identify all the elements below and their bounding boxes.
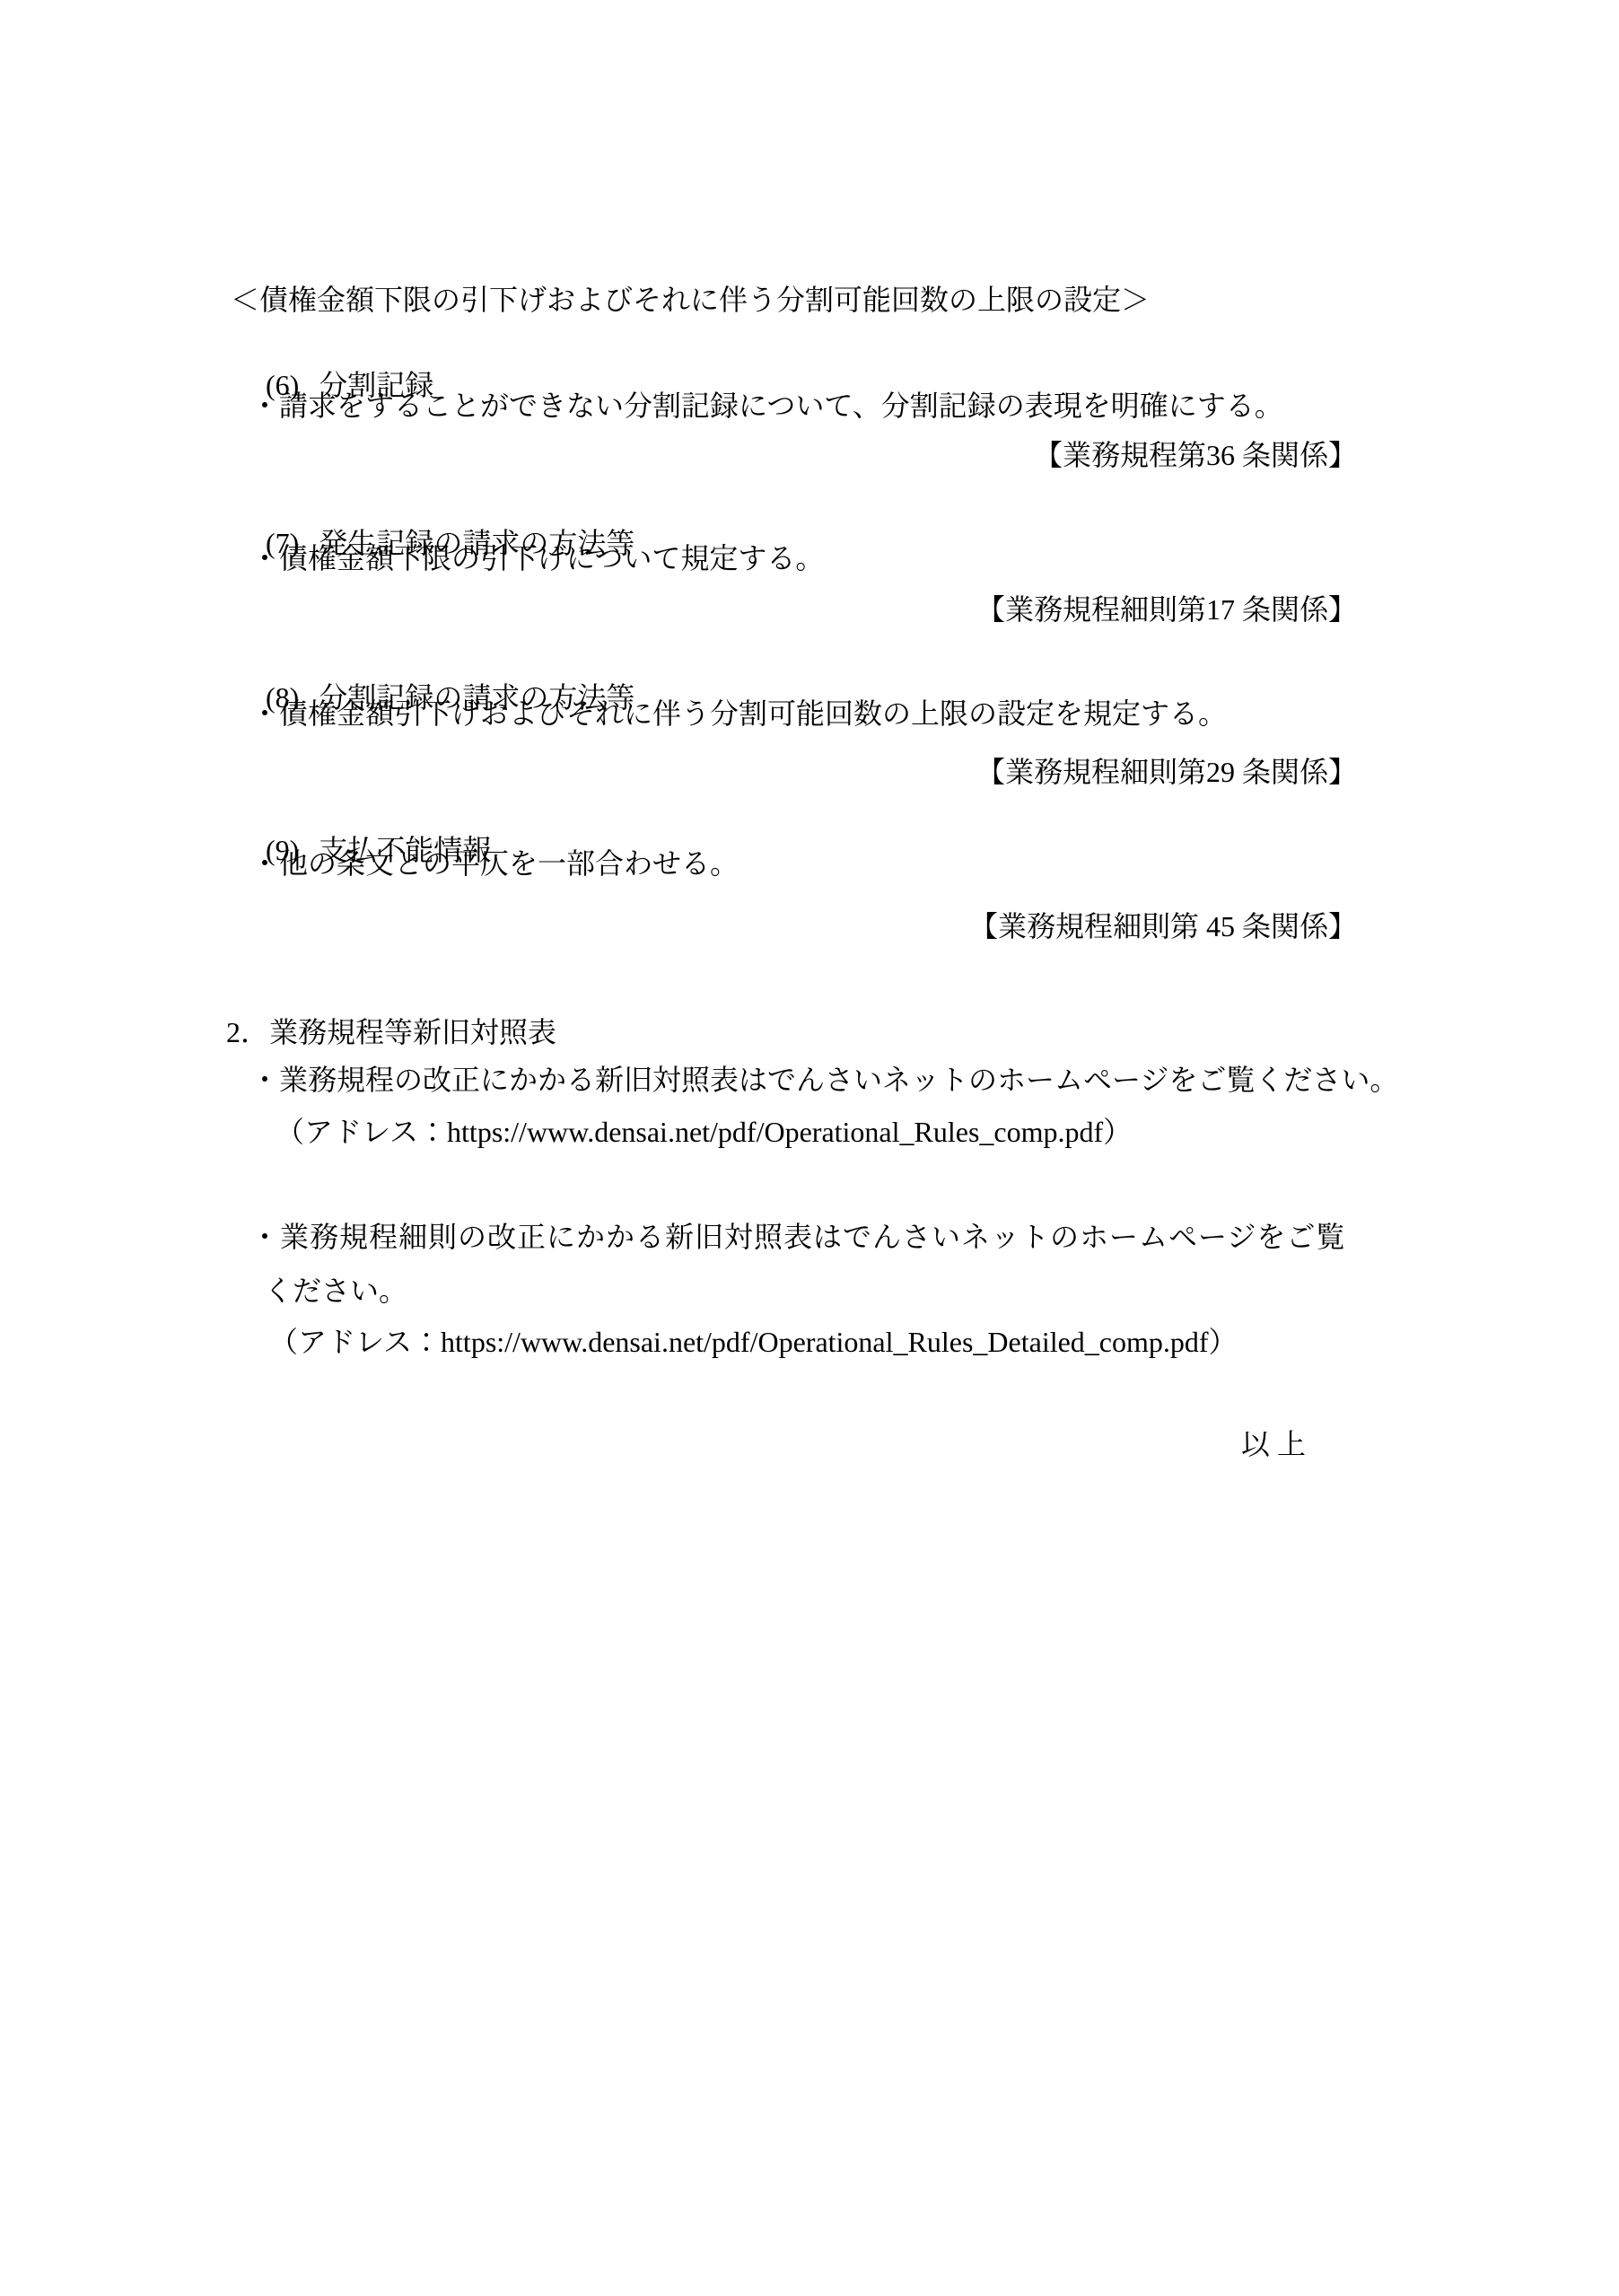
section1-heading: ＜債権金額下限の引下げおよびそれに伴う分割可能回数の上限の設定＞ bbox=[231, 282, 1150, 318]
item-7-bullet: ・債権金額下限の引下げについて規定する。 bbox=[250, 540, 824, 576]
section2-bullet-1: ・業務規程の改正にかかる新旧対照表はでんさいネットのホームページをご覧ください。 bbox=[250, 1062, 1398, 1098]
item-9-bullet: ・他の条文との平仄を一部合わせる。 bbox=[250, 846, 739, 881]
section2-bullet-2-line2: ください。 bbox=[264, 1273, 407, 1309]
section2-heading: 2．業務規程等新旧対照表 bbox=[226, 1014, 556, 1050]
item-9-reference-note: 【業務規程細則第 45 条関係】 bbox=[969, 908, 1357, 944]
closing-mark: 以 上 bbox=[1241, 1426, 1306, 1462]
section2-bullet-1-address: （アドレス：https://www.densai.net/pdf/Operati… bbox=[276, 1114, 1132, 1150]
item-6-reference-note: 【業務規程第36 条関係】 bbox=[1034, 437, 1357, 473]
item-6-bullet: ・請求をすることができない分割記録について、分割記録の表現を明確にする。 bbox=[250, 388, 1283, 424]
item-7-reference-note: 【業務規程細則第17 条関係】 bbox=[976, 592, 1357, 627]
section2-bullet-2-line1: ・業務規程細則の改正にかかる新旧対照表はでんさいネットのホームページをご覧 bbox=[250, 1219, 1345, 1255]
item-8-bullet: ・債権金額引下げおよびそれに伴う分割可能回数の上限の設定を規定する。 bbox=[250, 696, 1227, 732]
document-page: ＜債権金額下限の引下げおよびそれに伴う分割可能回数の上限の設定＞ (6)分割記録… bbox=[0, 0, 1619, 2296]
item-8-reference-note: 【業務規程細則第29 条関係】 bbox=[976, 754, 1357, 790]
section2-bullet-2-address: （アドレス：https://www.densai.net/pdf/Operati… bbox=[269, 1324, 1238, 1360]
